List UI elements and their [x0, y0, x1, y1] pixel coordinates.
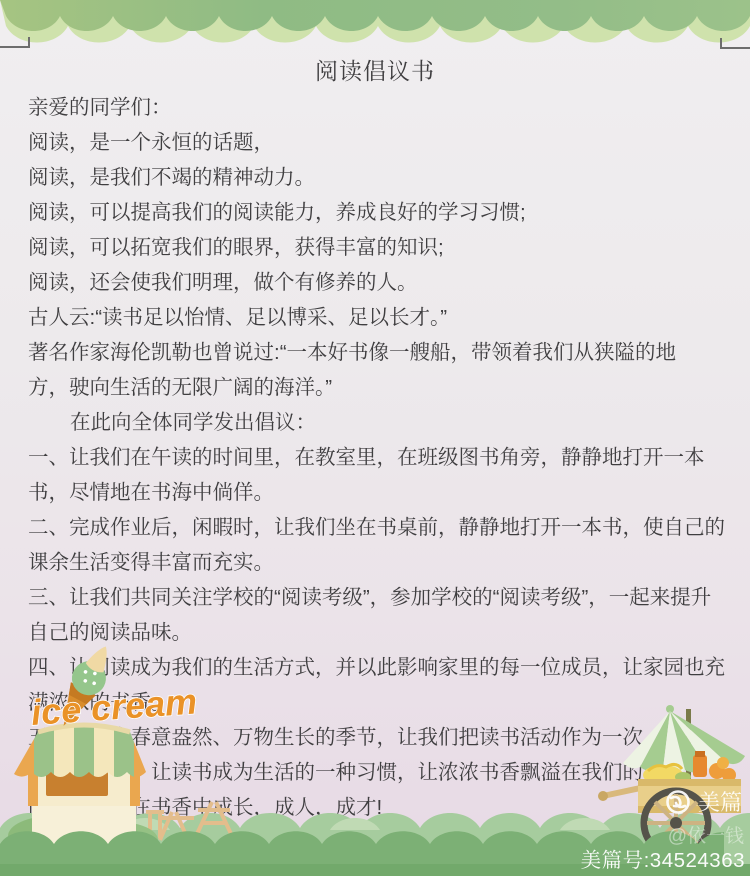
text-line: 阅读，是一个永恒的话题， — [28, 125, 728, 160]
text-line: 三、让我们共同关注学校的“阅读考级”，参加学校的“阅读考级”，一起来提升 — [28, 580, 728, 615]
text-line: 一、让我们在午读的时间里，在教室里，在班级图书角旁，静静地打开一本 — [28, 440, 728, 475]
text-line: 古人云:“读书足以怡情、足以博采、足以长才。” — [28, 300, 728, 335]
photo-corner-mark-right — [720, 38, 750, 49]
meipian-logo-icon — [665, 789, 691, 815]
ice-cream-sign-text: ice cream — [30, 680, 199, 732]
text-line: 二、完成作业后，闲暇时，让我们坐在书桌前，静静地打开一本书，使自己的 — [28, 510, 728, 545]
photo-corner-mark-left — [0, 37, 30, 48]
page-title: 阅读倡议书 — [0, 52, 750, 90]
text-line: 阅读，可以提高我们的阅读能力，养成良好的学习习惯; — [28, 195, 728, 230]
text-line: 书，尽情地在书海中倘佯。 — [28, 475, 728, 510]
text-line: 在此向全体同学发出倡议： — [28, 405, 728, 440]
text-line: 亲爱的同学们： — [28, 90, 728, 125]
meipian-account-id: 美篇号:34524363 — [581, 843, 745, 873]
text-line: 阅读，可以拓宽我们的眼界，获得丰富的知识; — [28, 230, 728, 265]
meipian-brand-watermark: 美篇 — [665, 786, 742, 817]
meipian-brand-text: 美篇 — [698, 786, 742, 817]
text-line: 方，驶向生活的无限广阔的海洋。” — [28, 370, 728, 405]
top-scalloped-border — [0, 0, 750, 52]
text-line: 阅读，还会使我们明理，做个有修养的人。 — [28, 265, 728, 300]
meipian-article-page: 阅读倡议书 亲爱的同学们：阅读，是一个永恒的话题，阅读，是我们不竭的精神动力。阅… — [0, 0, 750, 876]
text-line: 阅读，是我们不竭的精神动力。 — [28, 160, 728, 195]
text-line: 课余生活变得丰富而充实。 — [28, 545, 728, 580]
text-line: 著名作家海伦凯勒也曾说过:“一本好书像一艘船，带领着我们从狭隘的地 — [28, 335, 728, 370]
